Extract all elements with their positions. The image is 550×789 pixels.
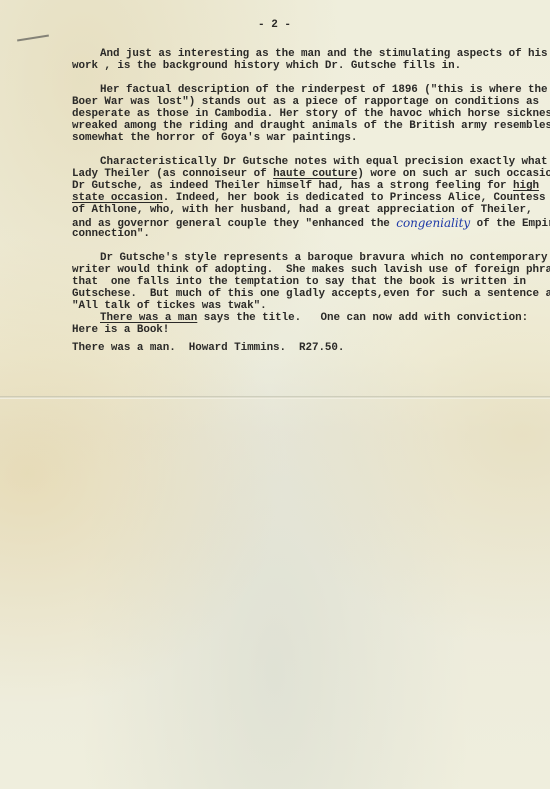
p3-line-6-tail: of the Empire [470,218,550,230]
p3-line-2: Lady Theiler (as connoiseur of haute cou… [72,168,550,180]
p5-line-1-tail: says the title. One can now add with con… [197,312,528,324]
paper-fold-crease [0,396,550,399]
p2-line-2: Boer War was lost") stands out as a piec… [72,96,539,108]
handwritten-annotation: congeniality [396,216,470,230]
underlined-title: There was a man [100,312,197,324]
p4-line-5: "All talk of tickes was twak". [72,300,267,312]
p2-line-3: desperate as those in Cambodia. Her stor… [72,108,550,120]
p3-line-5: of Athlone, who, with her husband, had a… [72,204,532,216]
p4-line-1: Dr Gutsche's style represents a baroque … [100,252,548,264]
p3-line-4: state occasion. Indeed, her book is dedi… [72,192,545,204]
p4-line-2: writer would think of adopting. She make… [72,264,550,276]
p3-line-1: Characteristically Dr Gutsche notes with… [100,156,548,168]
p3-line-2-tail: ) wore on such ar such occasion. [357,168,550,180]
page-number: - 2 - [258,19,291,31]
p5-line-1: There was a man says the title. One can … [100,312,528,324]
p4-line-4: Gutschese. But much of this one gladly a… [72,288,550,300]
p2-line-4: wreaked among the riding and draught ani… [72,120,550,132]
p3-line-7: connection". [72,228,150,240]
p3-line-2-head: Lady Theiler (as connoiseur of [72,168,273,180]
p3-line-3-head: Dr Gutsche, as indeed Theiler himself ha… [72,180,513,192]
book-citation: There was a man. Howard Timmins. R27.50. [72,342,344,354]
underlined-high: high [513,180,539,192]
p5-line-2: Here is a Book! [72,324,169,336]
underlined-state-occasion: state occasion [72,192,163,204]
p2-line-1: Her factual description of the rinderpes… [100,84,548,96]
underlined-haute-couture: haute couture [273,168,357,180]
p3-line-3: Dr Gutsche, as indeed Theiler himself ha… [72,180,539,192]
p2-line-5: somewhat the horror of Goya's war painti… [72,132,357,144]
p4-line-3: that one falls into the temptation to sa… [72,276,526,288]
p1-line-2: work , is the background history which D… [72,60,461,72]
p1-line-1: And just as interesting as the man and t… [100,48,548,60]
p3-line-4-tail: . Indeed, her book is dedicated to Princ… [163,192,546,204]
